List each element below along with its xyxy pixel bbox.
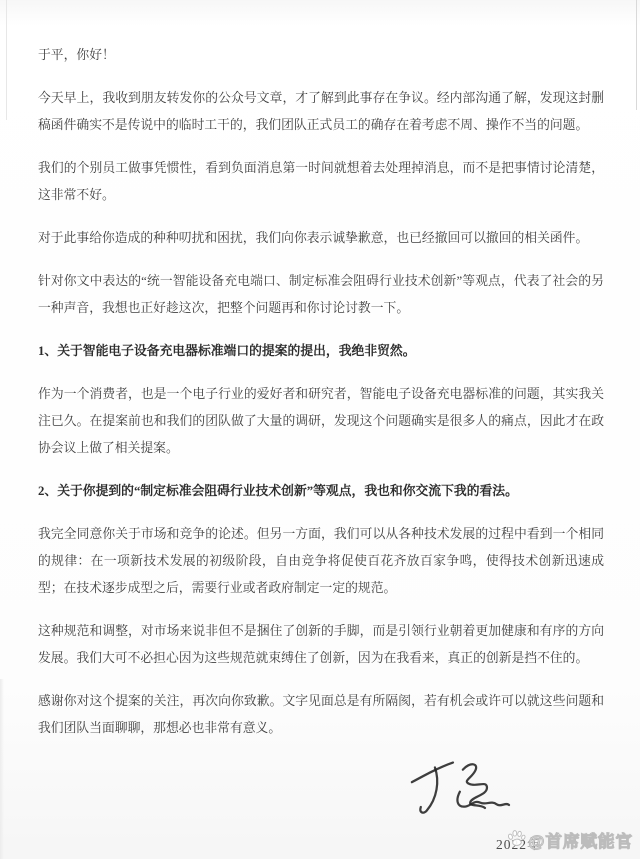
paragraph-point-2-body: 我完全同意你关于市场和竞争的论述。但另一方面，我们可以从各种技术发展的过程中看到… [38,521,604,602]
photo-edge-bottom [0,679,4,859]
heading-point-1: 1、关于智能电子设备充电器标准端口的提案的提出，我绝非贸然。 [38,338,604,365]
paragraph-regulation: 这种规范和调整，对市场来说非但不是捆住了创新的手脚，而是引领行业朝着更加健康和有… [38,618,604,672]
watermark: @首席赋能官 [507,828,633,852]
paragraph-viewpoints: 针对你文中表达的“统一智能设备充电端口、制定标准会阻碍行业技术创新”等观点，代表… [38,268,604,322]
letter-body: 于平，你好！ 今天早上，我收到朋友转发你的公众号文章，才了解到此事存在争议。经内… [38,42,604,758]
letter-page: 于平，你好！ 今天早上，我收到朋友转发你的公众号文章，才了解到此事存在争议。经内… [0,0,640,859]
salutation: 于平，你好！ [38,42,604,69]
heading-point-2: 2、关于你提到的“制定标准会阻碍行业技术创新”等观点，我也和你交流下我的看法。 [38,478,604,505]
paragraph-staff-habit: 我们的个别员工做事凭惯性，看到负面消息第一时间就想着去处理掉消息，而不是把事情讨… [38,155,604,209]
photo-edge-left [6,0,7,120]
paragraph-apology: 对于此事给你造成的种种叨扰和困扰，我们向你表示诚挚歉意，也已经撤回可以撤回的相关… [38,225,604,252]
watermark-text: @首席赋能官 [528,828,633,852]
paw-icon [507,829,526,851]
photo-edge-right [636,0,637,110]
paragraph-point-1-body: 作为一个消费者，也是一个电子行业的爱好者和研究者，智能电子设备充电器标准的问题，… [38,381,604,462]
signature-autograph [401,754,513,820]
paragraph-closing: 感谢你对这个提案的关注，再次向你致歉。文字见面总是有所隔阂，若有机会或许可以就这… [38,688,604,742]
paragraph-intro: 今天早上，我收到朋友转发你的公众号文章，才了解到此事存在争议。经内部沟通了解，发… [38,85,604,139]
